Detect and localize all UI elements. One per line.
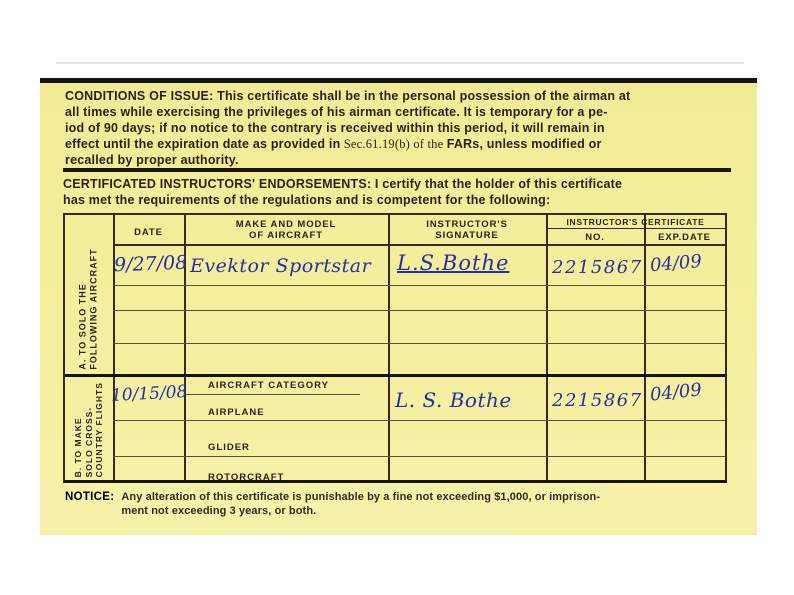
entry-a-certificate-no-handwriting: 2215867	[552, 257, 643, 278]
section-a-label: A. TO SOLO THE FOLLOWING AIRCRAFT	[78, 248, 100, 369]
notice-paragraph: NOTICE: Any alteration of this certifica…	[65, 490, 729, 518]
certificate-header-underline	[546, 228, 725, 229]
conditions-paragraph: CONDITIONS OF ISSUE: This certificate sh…	[65, 88, 749, 168]
table-vline-makemodel-col	[388, 215, 390, 480]
column-header-make-model-line1: MAKE AND MODEL	[184, 219, 388, 230]
column-header-signature-line1: INSTRUCTOR'S	[388, 219, 546, 230]
column-header-no: NO.	[546, 232, 644, 243]
section-b-label-line2: SOLO CROSS-	[84, 382, 95, 477]
column-header-date: DATE	[113, 227, 184, 238]
section-b-label-line3: COUNTRY FLIGHTS	[94, 382, 105, 477]
column-header-instructors-certificate: INSTRUCTOR'S CERTIFICATE	[546, 217, 725, 228]
entry-b-exp-date-handwriting: 04/09	[649, 379, 703, 405]
section-a-b-divider-line	[65, 374, 725, 377]
glider-row-line	[113, 456, 725, 457]
section-b-label: B. TO MAKE SOLO CROSS- COUNTRY FLIGHTS	[73, 382, 105, 477]
table-vline-signature-col	[546, 215, 548, 480]
category-glider: GLIDER	[208, 442, 250, 453]
aircraft-category-header: AIRCRAFT CATEGORY	[208, 380, 329, 391]
category-rotorcraft: ROTORCRAFT	[208, 472, 284, 483]
notice-text: Any alteration of this certificate is pu…	[121, 490, 600, 518]
entry-b-date-handwriting: 10/15/08	[111, 382, 188, 406]
conditions-label: CONDITIONS OF ISSUE:	[65, 89, 213, 103]
row-a2-writing-line	[113, 310, 725, 311]
section-b-label-box: B. TO MAKE SOLO CROSS- COUNTRY FLIGHTS	[65, 374, 113, 485]
scan-artifact-line	[56, 62, 744, 64]
entry-b-instructor-signature: L. S. Bothe	[395, 388, 512, 412]
table-vline-no-col	[644, 215, 646, 480]
row-a1-writing-line	[113, 285, 725, 286]
student-pilot-certificate-card: CONDITIONS OF ISSUE: This certificate sh…	[40, 78, 757, 535]
column-header-exp-date: EXP.DATE	[644, 232, 725, 243]
section-divider-rule	[63, 168, 731, 172]
column-header-make-model-line2: OF AIRCRAFT	[184, 230, 388, 241]
section-a-label-line2: FOLLOWING AIRCRAFT	[89, 248, 100, 369]
entry-a-instructor-signature: L.S.Bothe	[397, 251, 509, 275]
entry-b-certificate-no-handwriting: 2215867	[552, 390, 643, 411]
endorsements-label: CERTIFICATED INSTRUCTORS' ENDORSEMENTS:	[63, 177, 371, 191]
header-row-bottom-line	[113, 244, 725, 246]
category-header-underline	[184, 394, 360, 395]
category-airplane: AIRPLANE	[208, 407, 265, 418]
endorsements-paragraph: CERTIFICATED INSTRUCTORS' ENDORSEMENTS: …	[63, 176, 747, 208]
endorsement-table: DATE MAKE AND MODEL OF AIRCRAFT INSTRUCT…	[63, 213, 727, 483]
section-b-label-line1: B. TO MAKE	[73, 382, 84, 477]
scanned-page: CONDITIONS OF ISSUE: This certificate sh…	[0, 0, 794, 595]
section-a-label-line1: A. TO SOLO THE	[78, 248, 89, 369]
airplane-row-line	[113, 420, 725, 421]
conditions-regulation-reference: Sec.61.19(b) of the	[340, 137, 446, 151]
notice-label: NOTICE:	[65, 490, 114, 518]
section-a-label-box: A. TO SOLO THE FOLLOWING AIRCRAFT	[65, 244, 113, 374]
entry-a-date-handwriting: 9/27/08	[114, 252, 188, 277]
column-header-signature-line2: SIGNATURE	[388, 230, 546, 241]
entry-a-exp-date-handwriting: 04/09	[649, 251, 703, 276]
row-a3-writing-line	[113, 343, 725, 344]
entry-a-make-model-handwriting: Evektor Sportstar	[190, 255, 371, 277]
